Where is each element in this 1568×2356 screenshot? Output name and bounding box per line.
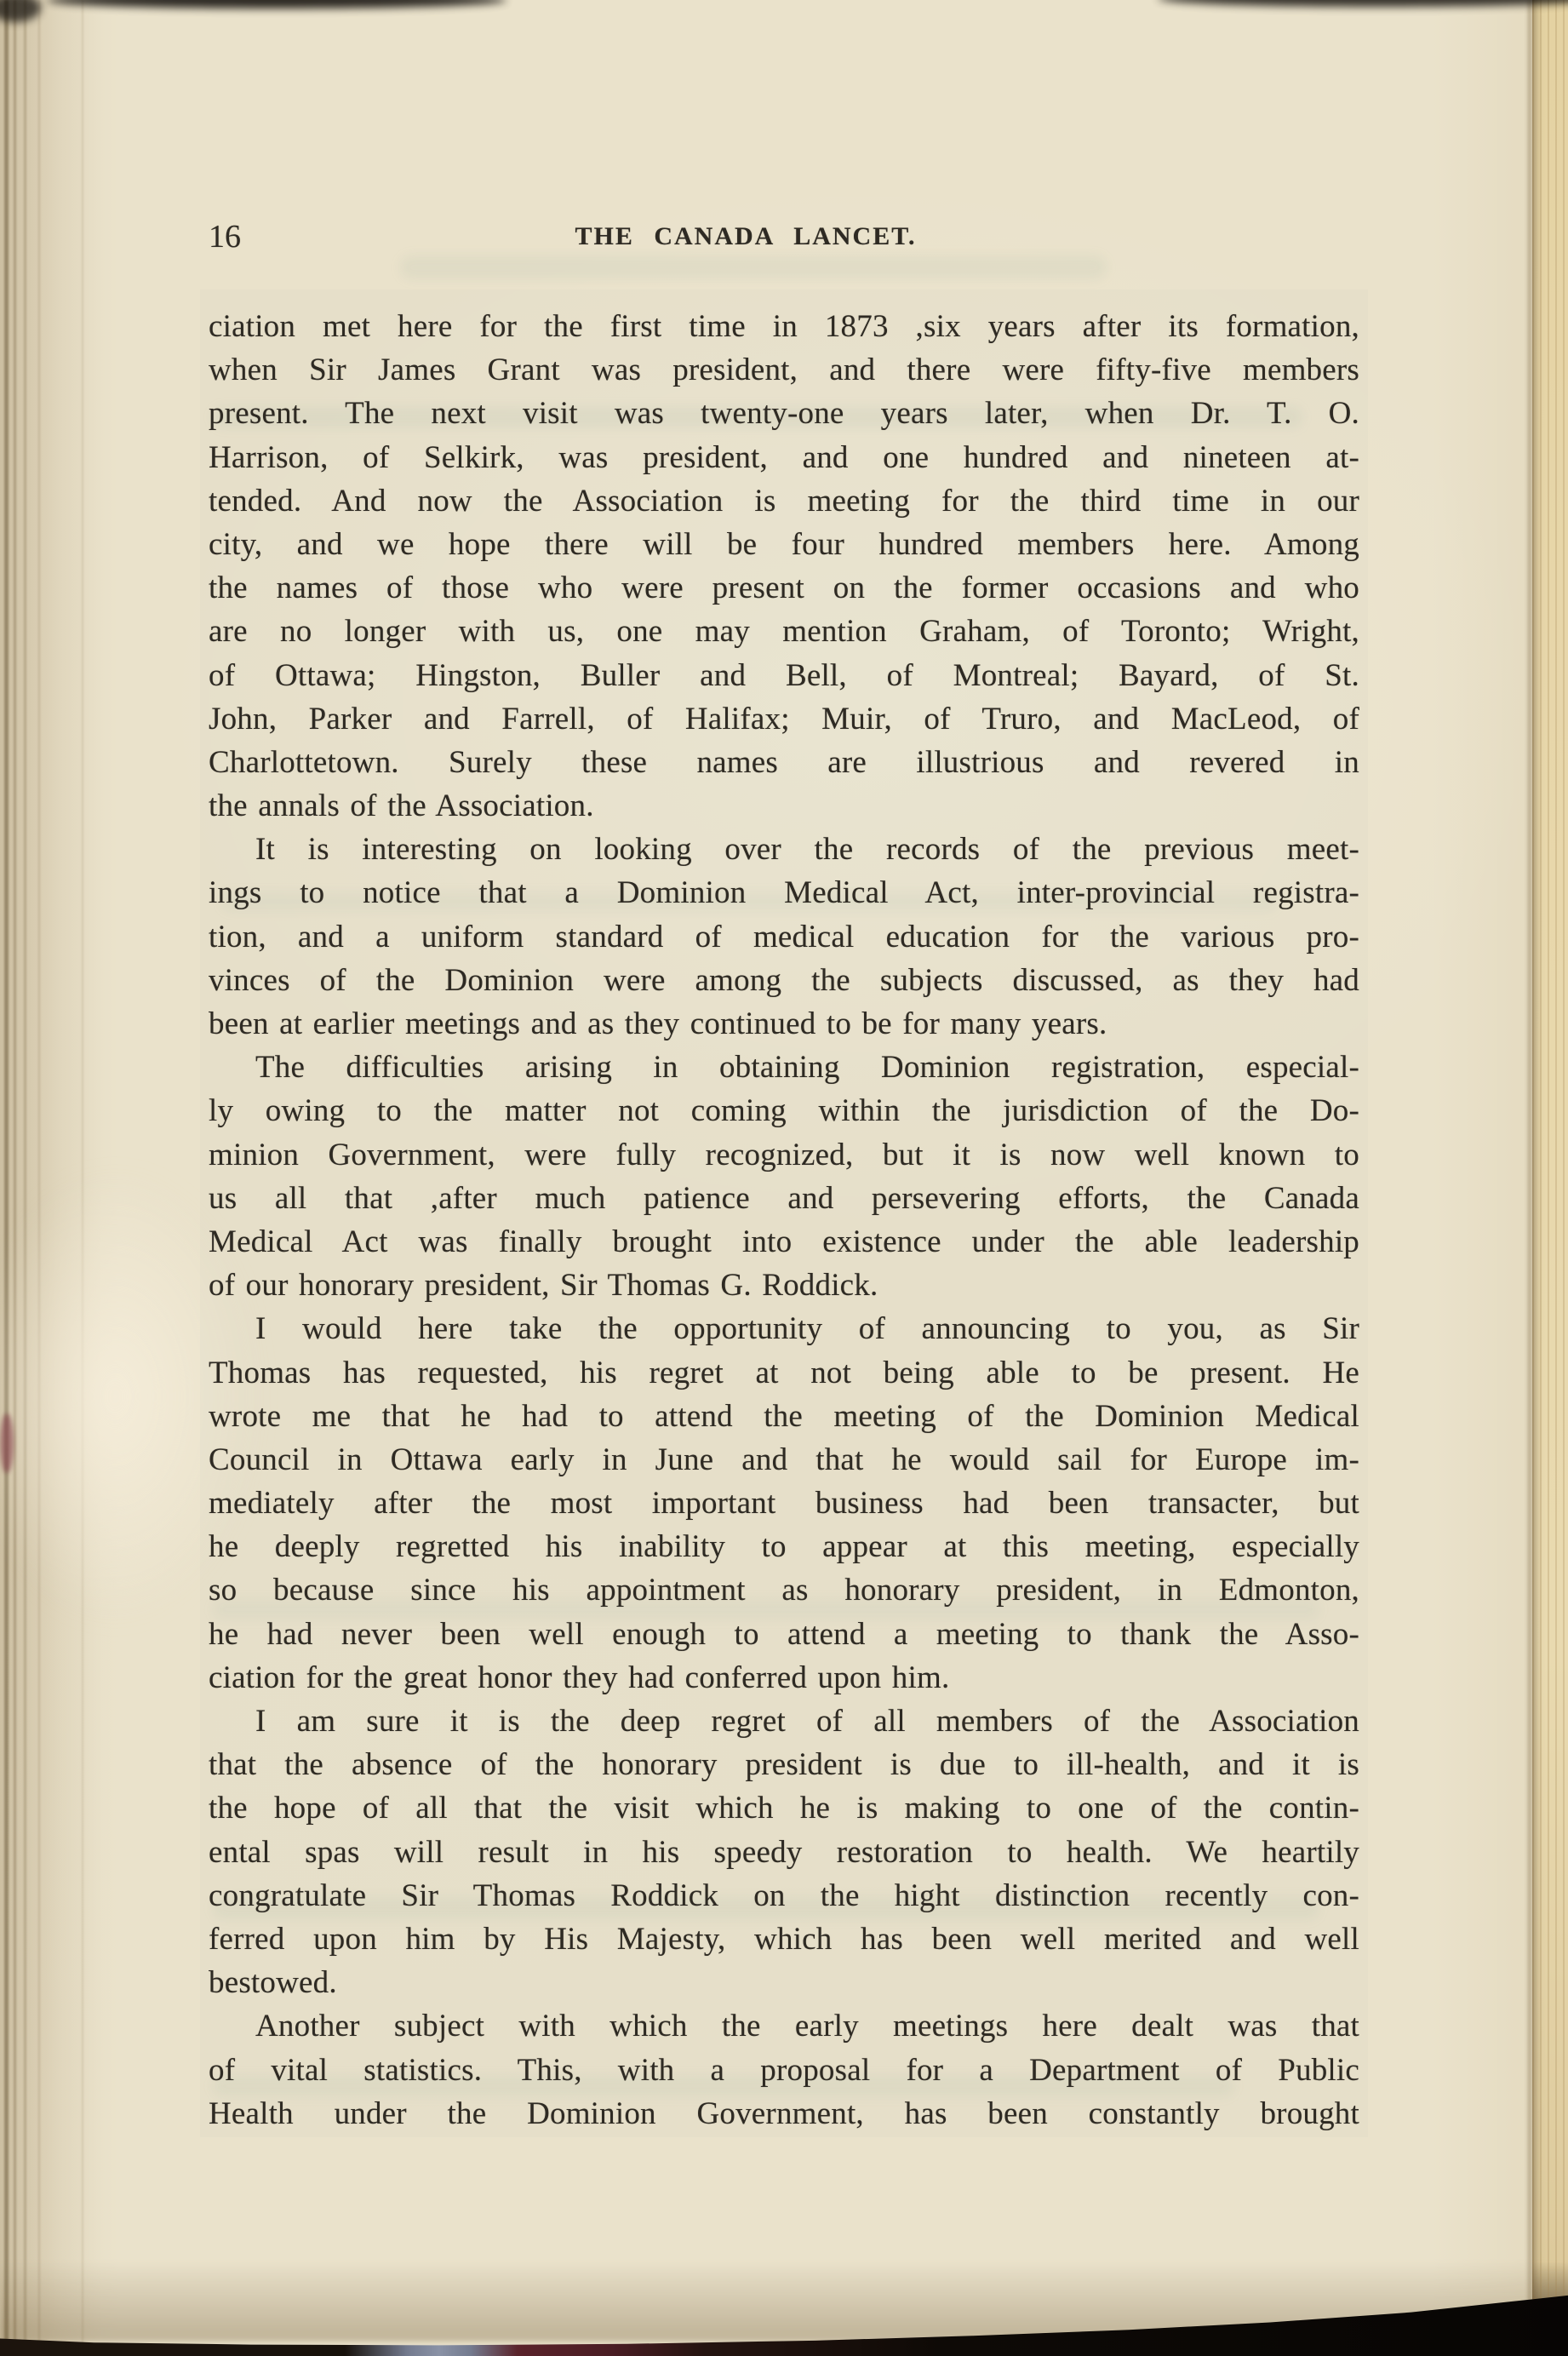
text-line: of vital statistics. This, with a propos… (209, 2049, 1359, 2092)
text-line: Council in Ottawa early in June and that… (209, 1438, 1359, 1482)
binding-line (82, 0, 83, 2356)
text-line: ciation for the great honor they had con… (209, 1656, 1359, 1700)
text-line: The difficulties arising in obtaining Do… (209, 1046, 1359, 1089)
text-line: Medical Act was finally brought into exi… (209, 1220, 1359, 1264)
text-line: Harrison, of Selkirk, was president, and… (209, 436, 1359, 479)
text-line: been at earlier meetings and as they con… (209, 1002, 1359, 1046)
text-line: Thomas has requested, his regret at not … (209, 1351, 1359, 1395)
text-line: vinces of the Dominion were among the su… (209, 959, 1359, 1002)
text-line: are no longer with us, one may mention G… (209, 610, 1359, 653)
text-line: us all that ,after much patience and per… (209, 1177, 1359, 1220)
page-fold-crease (1528, 0, 1531, 2356)
show-through-band (400, 255, 1107, 279)
text-line: he deeply regretted his inability to app… (209, 1525, 1359, 1568)
text-block: ciation met here for the first time in 1… (209, 305, 1359, 2135)
text-line: Health under the Dominion Government, ha… (209, 2092, 1359, 2135)
text-line: congratulate Sir Thomas Roddick on the h… (209, 1874, 1359, 1917)
text-line: I would here take the opportunity of ann… (209, 1307, 1359, 1350)
text-line: so because since his appointment as hono… (209, 1568, 1359, 1612)
text-line: the names of those who were present on t… (209, 566, 1359, 610)
text-line: city, and we hope there will be four hun… (209, 523, 1359, 566)
page-header-title: THE CANADA LANCET. (209, 222, 1283, 251)
text-line: ly owing to the matter not coming within… (209, 1089, 1359, 1132)
text-line: that the absence of the honorary preside… (209, 1743, 1359, 1786)
red-ink-fleck (0, 1413, 14, 1473)
binding-line (24, 0, 26, 2356)
text-line: the hope of all that the visit which he … (209, 1786, 1359, 1830)
text-line: It is interesting on looking over the re… (209, 828, 1359, 871)
text-line: ental spas will result in his speedy res… (209, 1831, 1359, 1874)
text-line: I am sure it is the deep regret of all m… (209, 1700, 1359, 1743)
text-line: John, Parker and Farrell, of Halifax; Mu… (209, 697, 1359, 741)
page-edge-strip (1532, 0, 1568, 2356)
text-line: he had never been well enough to attend … (209, 1613, 1359, 1656)
scanned-book-page: 16 THE CANADA LANCET. ciation met here f… (0, 0, 1568, 2356)
text-line: ings to notice that a Dominion Medical A… (209, 871, 1359, 914)
text-line: tion, and a uniform standard of medical … (209, 915, 1359, 959)
text-line: of Ottawa; Hingston, Buller and Bell, of… (209, 654, 1359, 697)
text-line: when Sir James Grant was president, and … (209, 348, 1359, 392)
text-line: ferred upon him by His Majesty, which ha… (209, 1917, 1359, 1961)
page-header: 16 THE CANADA LANCET. (209, 218, 1359, 257)
text-line: tended. And now the Association is meeti… (209, 479, 1359, 523)
binding-line (4, 0, 9, 2356)
text-line: the annals of the Association. (209, 784, 1359, 828)
text-line: Charlottetown. Surely these names are il… (209, 741, 1359, 784)
text-line: minion Government, were fully recognized… (209, 1133, 1359, 1177)
text-line: of our honorary president, Sir Thomas G.… (209, 1264, 1359, 1307)
text-line: mediately after the most important busin… (209, 1482, 1359, 1525)
text-line: wrote me that he had to attend the meeti… (209, 1395, 1359, 1438)
binding-line (38, 0, 40, 2356)
text-line: present. The next visit was twenty-one y… (209, 392, 1359, 435)
binding-line (14, 0, 16, 2356)
text-line: ciation met here for the first time in 1… (209, 305, 1359, 348)
text-line: Another subject with which the early mee… (209, 2004, 1359, 2048)
text-line: bestowed. (209, 1961, 1359, 2004)
